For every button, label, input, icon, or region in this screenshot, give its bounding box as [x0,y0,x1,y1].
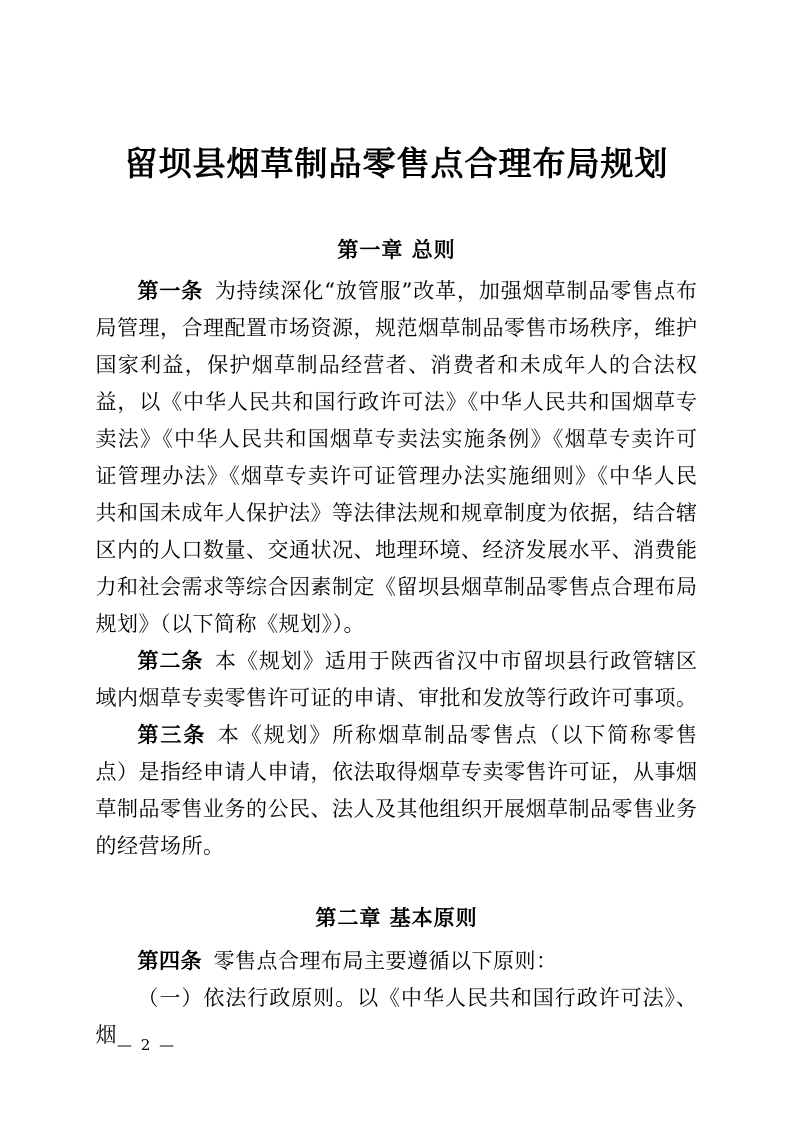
article-text: 零售点合理布局主要遵循以下原则： [214,949,558,973]
chapter-heading-1: 第一章 总则 [96,237,698,263]
article-paragraph: 第三条本《规划》所称烟草制品零售点（以下简称零售点）是指经申请人申请，依法取得烟… [96,717,698,865]
article-paragraph: 第四条零售点合理布局主要遵循以下原则： [96,943,698,980]
article-number: 第四条 [138,949,203,973]
article-number: 第一条 [138,279,204,303]
page-number: — 2 — [117,1036,176,1054]
document-content: 留坝县烟草制品零售点合理布局规划 第一章 总则 第一条为持续深化“放管服”改革，… [96,143,698,1054]
document-page: 留坝县烟草制品零售点合理布局规划 第一章 总则 第一条为持续深化“放管服”改革，… [0,0,793,1122]
article-paragraph: 第二条本《规划》适用于陕西省汉中市留坝县行政管辖区域内烟草专卖零售许可证的申请、… [96,643,698,717]
list-item-paragraph: （一）依法行政原则。以《中华人民共和国行政许可法》、烟 [96,980,698,1054]
article-text: 为持续深化“放管服”改革，加强烟草制品零售点布局管理，合理配置市场资源，规范烟草… [96,279,698,636]
document-title: 留坝县烟草制品零售点合理布局规划 [96,143,698,185]
article-number: 第二条 [138,649,204,673]
article-number: 第三条 [138,723,207,747]
chapter-heading-2: 第二章 基本原则 [96,905,698,931]
article-paragraph: 第一条为持续深化“放管服”改革，加强烟草制品零售点布局管理，合理配置市场资源，规… [96,273,698,643]
article-text: （一）依法行政原则。以《中华人民共和国行政许可法》、烟 [96,986,698,1047]
